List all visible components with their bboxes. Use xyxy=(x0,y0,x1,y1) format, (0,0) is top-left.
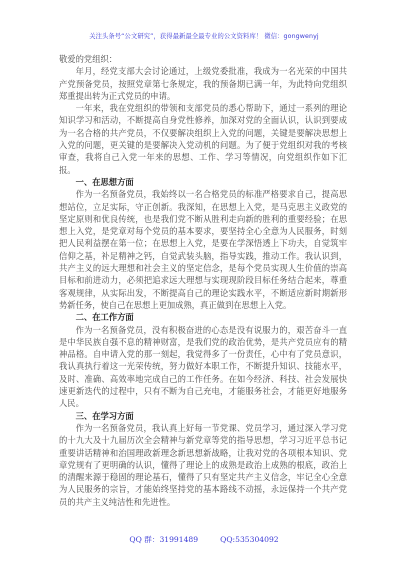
document-body: 敬爱的党组织： 年月，经党支部大会讨论通过，上级党委批准，我成为一名光荣的中国共… xyxy=(59,53,347,508)
section-title-work: 二、在工作方面 xyxy=(59,311,347,323)
section-body-study: 作为一名预备党员，我认真上好每一节党课、党员学习，通过深入学习党的十九大及十九届… xyxy=(59,422,347,508)
section-title-thought: 一、在思想方面 xyxy=(59,176,347,188)
header-promo-note: 关注头条号“公文研究”，获得最新最全最专业的公文资料库！ 微信：gongweny… xyxy=(0,31,408,40)
section-title-study: 三、在学习方面 xyxy=(59,410,347,422)
section-body-work: 作为一名预备党员，没有积极奋进的心态是没有说服力的，艰苦奋斗一直是中华民族自强不… xyxy=(59,324,347,410)
intro-paragraph-1: 年月，经党支部大会讨论通过，上级党委批准，我成为一名光荣的中国共产党预备党员，按… xyxy=(59,65,347,102)
intro-paragraph-2: 一年来，我在党组织的带领和支部党员的悉心帮助下，通过一系列的理论知识学习和活动，… xyxy=(59,102,347,176)
footer-qq-group: QQ 群：31991489 xyxy=(129,535,198,544)
footer-qq: QQ:535304092 xyxy=(220,535,279,544)
section-body-thought: 作为一名预备党员，我始终以一名合格党员的标准严格要求自己，提高思想站位，立足实际… xyxy=(59,188,347,311)
footer-contact: QQ 群：31991489QQ:535304092 xyxy=(0,534,408,545)
salutation: 敬爱的党组织： xyxy=(59,53,347,65)
